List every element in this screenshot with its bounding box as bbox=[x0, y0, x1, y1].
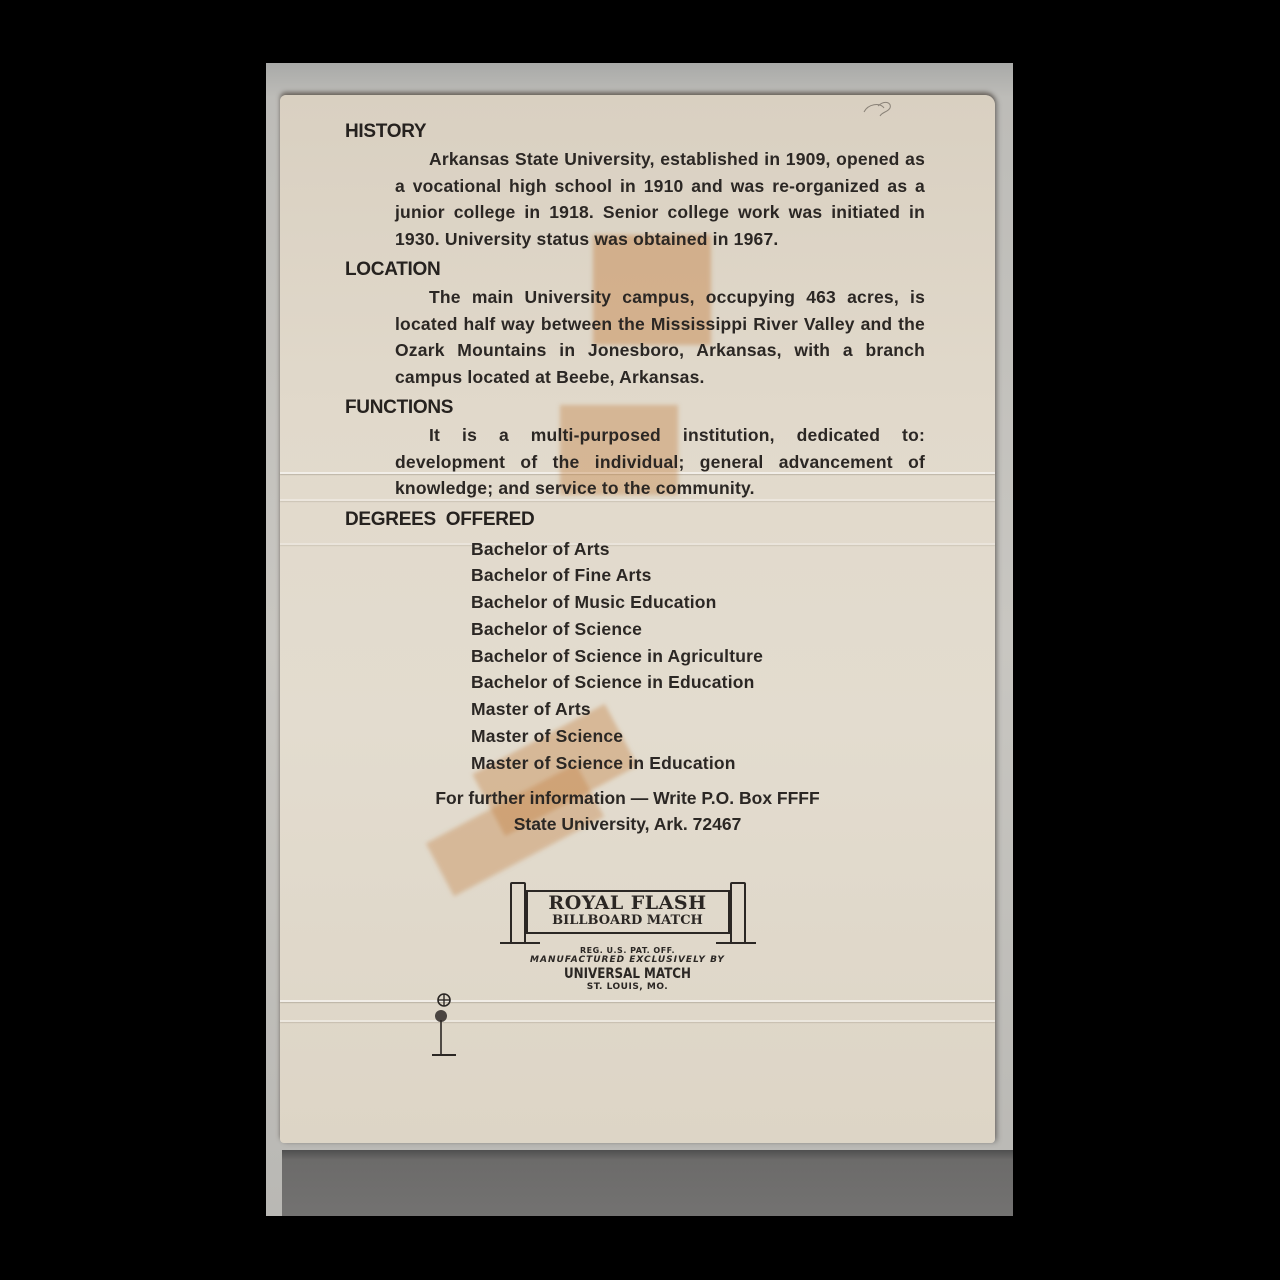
contact-line: For further information — Write P.O. Box… bbox=[345, 785, 910, 811]
section-heading: FUNCTIONS bbox=[345, 394, 945, 422]
degree-item: Bachelor of Science in Agriculture bbox=[471, 643, 945, 670]
registration-text: REG. U.S. PAT. OFF. bbox=[490, 946, 765, 955]
degrees-section: DEGREES OFFERED Bachelor of Arts Bachelo… bbox=[345, 506, 945, 777]
degree-item: Bachelor of Arts bbox=[471, 536, 945, 563]
functions-section: FUNCTIONS It is a multi-purposed institu… bbox=[345, 394, 945, 502]
section-body: Arkansas State University, established i… bbox=[395, 146, 925, 252]
registration-target-icon bbox=[430, 990, 458, 1060]
degree-item: Bachelor of Science in Education bbox=[471, 669, 945, 696]
brand-line: BILLBOARD MATCH bbox=[528, 913, 728, 928]
company-name: UNIVERSAL MATCH bbox=[511, 966, 745, 982]
contact-info: For further information — Write P.O. Box… bbox=[345, 785, 910, 837]
billboard-post-icon bbox=[730, 882, 746, 944]
location-section: LOCATION The main University campus, occ… bbox=[345, 256, 945, 390]
degree-item: Master of Science bbox=[471, 723, 945, 750]
billboard-panel: ROYAL FLASH BILLBOARD MATCH bbox=[526, 890, 730, 934]
grass-icon bbox=[716, 942, 756, 944]
fold-crease bbox=[280, 1020, 995, 1022]
section-body: It is a multi-purposed institution, dedi… bbox=[395, 422, 925, 502]
degree-item: Bachelor of Fine Arts bbox=[471, 562, 945, 589]
brand-line: ROYAL FLASH bbox=[528, 893, 728, 913]
billboard-frame: ROYAL FLASH BILLBOARD MATCH bbox=[510, 880, 746, 934]
degree-item: Bachelor of Music Education bbox=[471, 589, 945, 616]
billboard-post-icon bbox=[510, 882, 526, 944]
document-body: HISTORY Arkansas State University, estab… bbox=[345, 118, 945, 837]
section-heading: HISTORY bbox=[345, 118, 945, 146]
company-city: ST. LOUIS, MO. bbox=[490, 982, 765, 992]
degrees-list: Bachelor of Arts Bachelor of Fine Arts B… bbox=[471, 536, 945, 777]
section-body: The main University campus, occupying 46… bbox=[395, 284, 925, 390]
section-heading: LOCATION bbox=[345, 256, 945, 284]
scanner-shadow bbox=[282, 1150, 1013, 1216]
history-section: HISTORY Arkansas State University, estab… bbox=[345, 118, 945, 252]
contact-line: State University, Ark. 72467 bbox=[345, 811, 910, 837]
degree-item: Master of Science in Education bbox=[471, 750, 945, 777]
grass-icon bbox=[500, 942, 540, 944]
manufacturer-logo: ROYAL FLASH BILLBOARD MATCH REG. U.S. PA… bbox=[490, 880, 765, 992]
manufactured-by-text: MANUFACTURED EXCLUSIVELY BY bbox=[490, 955, 765, 965]
degree-item: Bachelor of Science bbox=[471, 616, 945, 643]
section-heading: DEGREES OFFERED bbox=[345, 506, 945, 534]
fold-crease bbox=[280, 1000, 995, 1002]
degree-item: Master of Arts bbox=[471, 696, 945, 723]
